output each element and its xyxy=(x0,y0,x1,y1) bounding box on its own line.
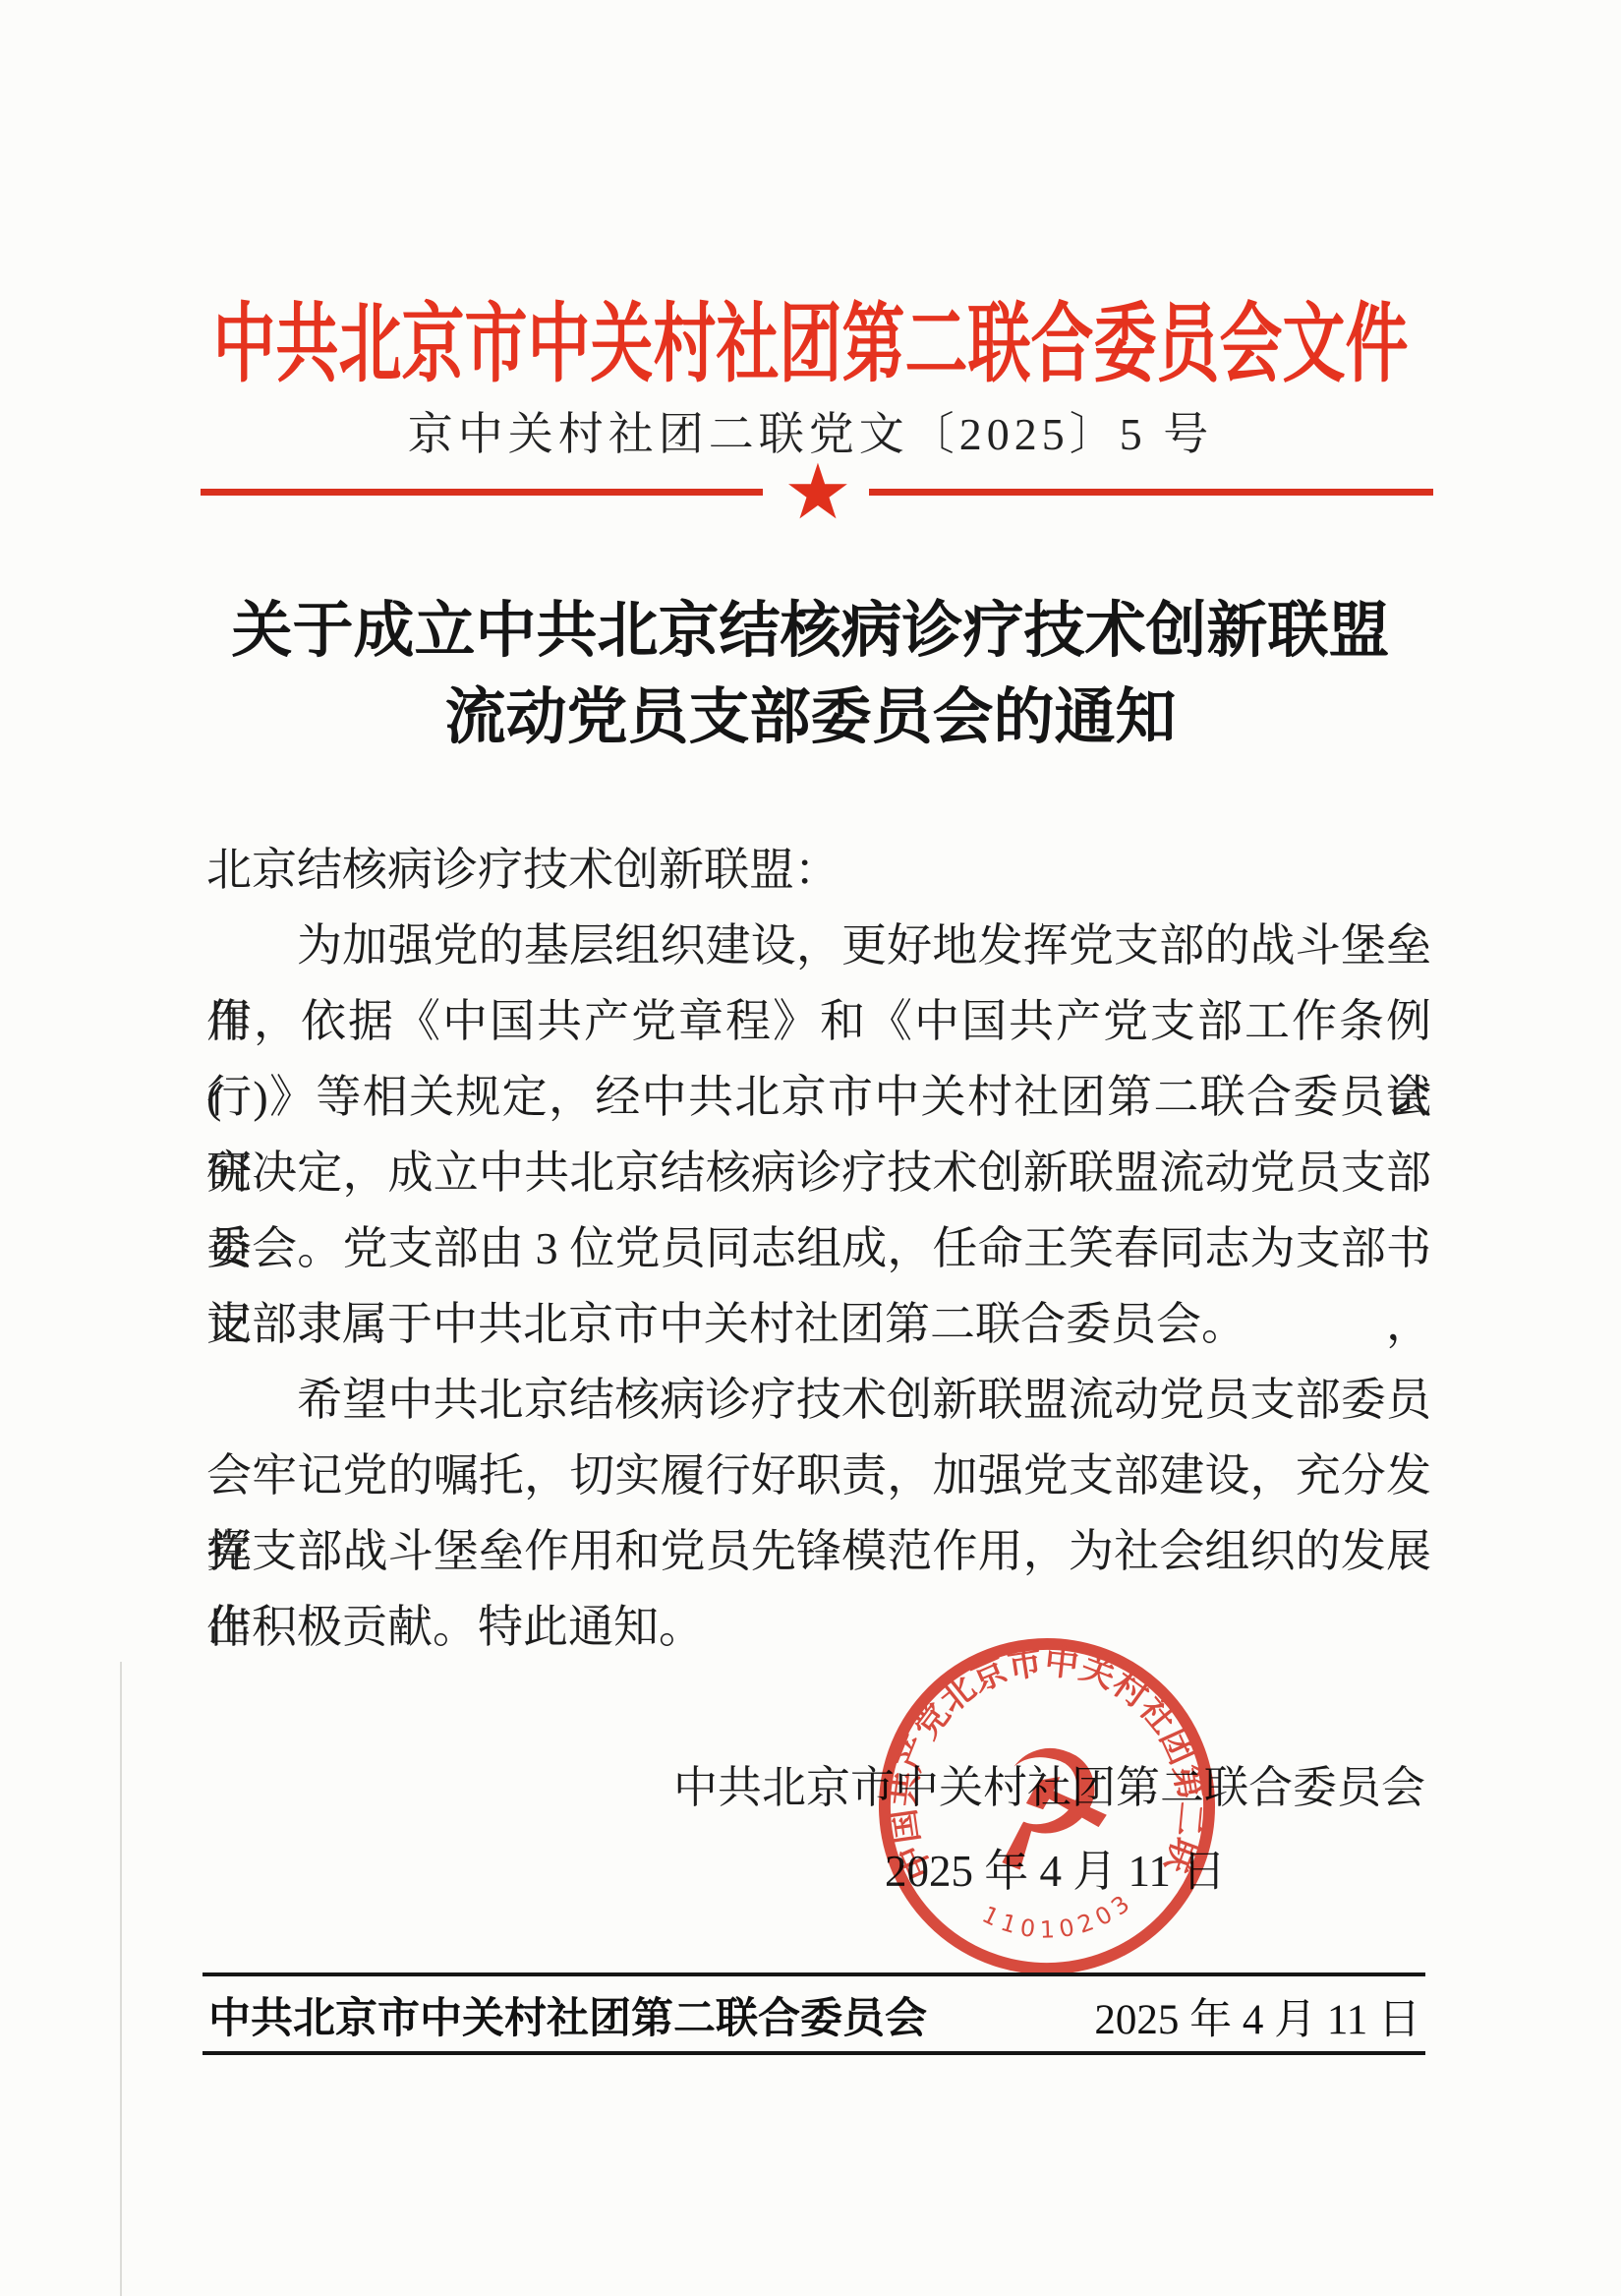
body-line: 党支部战斗堡垒作用和党员先锋模范作用，为社会组织的发展作 xyxy=(206,1513,1431,1589)
footer-date: 2025 年 4 月 11 日 xyxy=(1094,1994,1420,2047)
red-rule-right xyxy=(869,489,1433,496)
hammer-sickle-icon: ☭ xyxy=(960,1706,1135,1913)
document-title: 关于成立中共北京结核病诊疗技术创新联盟 流动党员支部委员会的通知 xyxy=(0,588,1621,761)
official-seal: 中国共产党北京市中关村社团第二联合委员会 ☭ 1101020311469 xyxy=(867,1626,1227,1986)
red-star-icon: ★ xyxy=(779,454,857,531)
body-line: 行)》等相关规定，经中共北京市中关村社团第二联合委员会研 xyxy=(206,1059,1431,1135)
footer-rule-bottom xyxy=(203,2051,1425,2055)
body-line: 出积极贡献。特此通知。 xyxy=(206,1589,1431,1665)
salutation: 北京结核病诊疗技术创新联盟： xyxy=(206,832,1431,908)
red-rule-left xyxy=(201,489,763,496)
footer-rule-top xyxy=(203,1972,1425,1976)
body-line: 希望中共北京结核病诊疗技术创新联盟流动党员支部委员 xyxy=(206,1362,1431,1438)
letterhead-title: 中共北京市中关村社团第二联合委员会文件 xyxy=(0,264,1621,427)
footer-issuer: 中共北京市中关村社团第二联合委员会 xyxy=(208,1992,927,2045)
scan-artifact-line xyxy=(120,1662,122,2296)
document-page: 中共北京市中关村社团第二联合委员会文件 京中关村社团二联党文〔2025〕5 号 … xyxy=(0,0,1621,2296)
body-line: 会牢记党的嘱托，切实履行好职责，加强党支部建设，充分发挥 xyxy=(206,1438,1431,1513)
document-title-line2: 流动党员支部委员会的通知 xyxy=(0,675,1621,761)
body-line: 用，依据《中国共产党章程》和《中国共产党支部工作条例(试 xyxy=(206,983,1431,1059)
body-line: 员会。党支部由 3 位党员同志组成，任命王笑春同志为支部书记， xyxy=(206,1210,1431,1286)
body-line: 究决定，成立中共北京结核病诊疗技术创新联盟流动党员支部委 xyxy=(206,1135,1431,1210)
body-line: 为加强党的基层组织建设，更好地发挥党支部的战斗堡垒作 xyxy=(206,908,1431,983)
document-body: 北京结核病诊疗技术创新联盟： 为加强党的基层组织建设，更好地发挥党支部的战斗堡垒… xyxy=(206,832,1431,1665)
document-title-line1: 关于成立中共北京结核病诊疗技术创新联盟 xyxy=(0,588,1621,675)
